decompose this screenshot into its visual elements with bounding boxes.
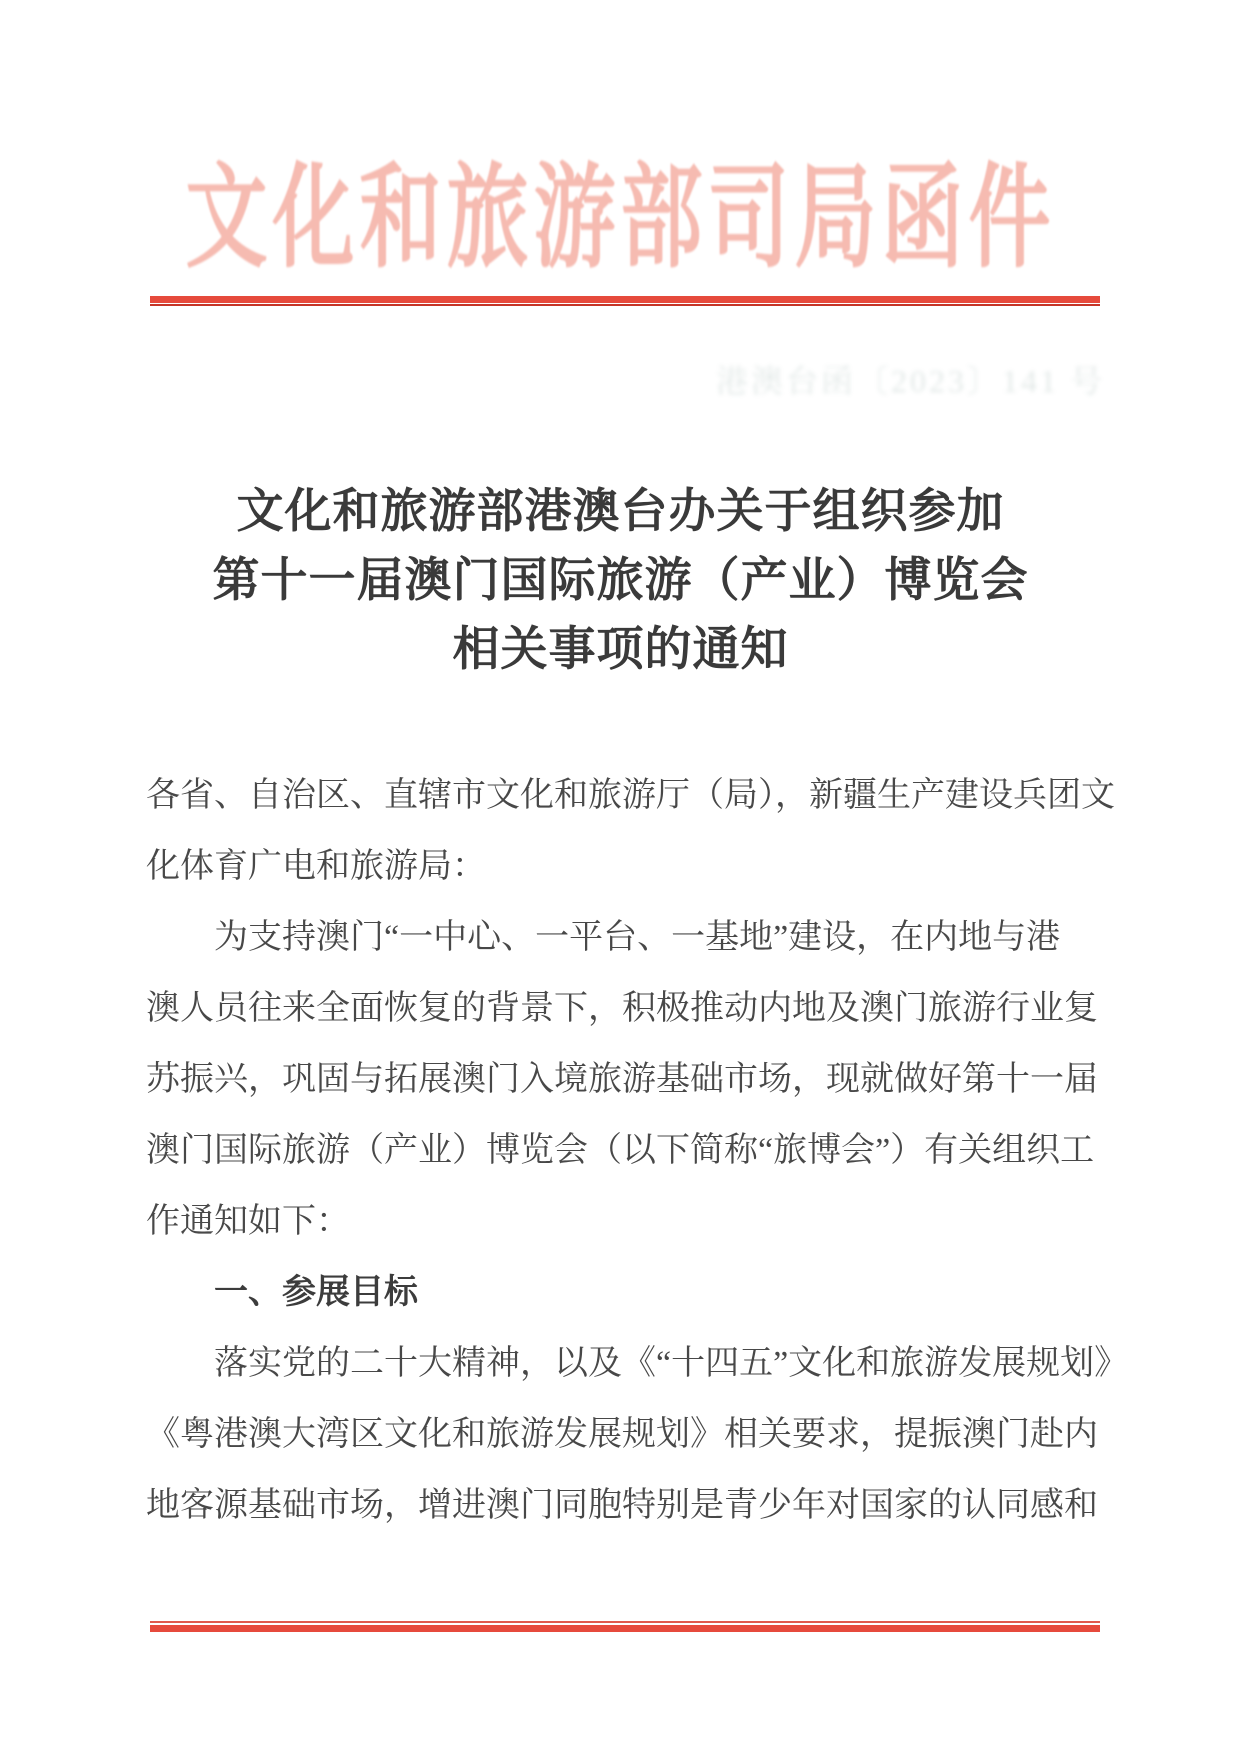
- divider-thick-stripe: [150, 296, 1100, 303]
- body-line: 澳人员往来全面恢复的背景下，积极推动内地及澳门旅游行业复: [146, 973, 1100, 1044]
- divider-thin-stripe: [150, 304, 1100, 306]
- body-line: 各省、自治区、直辖市文化和旅游厅（局），新疆生产建设兵团文: [146, 760, 1100, 831]
- body-line: 落实党的二十大精神，以及《“十四五”文化和旅游发展规划》: [146, 1328, 1100, 1399]
- body-line: 为支持澳门“一中心、一平台、一基地”建设，在内地与港: [146, 902, 1100, 973]
- letterhead-divider-line: [150, 296, 1100, 306]
- section-heading: 一、参展目标: [146, 1257, 1100, 1328]
- document-title: 文化和旅游部港澳台办关于组织参加 第十一届澳门国际旅游（产业）博览会 相关事项的…: [0, 478, 1241, 685]
- body-line: 苏振兴，巩固与拓展澳门入境旅游基础市场，现就做好第十一届: [146, 1044, 1100, 1115]
- title-line-3: 相关事项的通知: [0, 616, 1241, 685]
- divider-thick-stripe: [150, 1625, 1100, 1632]
- footer-divider-line: [150, 1621, 1100, 1632]
- letterhead-title: 文化和旅游部司局函件: [0, 128, 1241, 289]
- document-body: 各省、自治区、直辖市文化和旅游厅（局），新疆生产建设兵团文 化体育广电和旅游局：…: [146, 760, 1100, 1541]
- body-line: 《粤港澳大湾区文化和旅游发展规划》相关要求，提振澳门赴内: [146, 1399, 1100, 1470]
- body-line: 作通知如下：: [146, 1186, 1100, 1257]
- title-line-2: 第十一届澳门国际旅游（产业）博览会: [0, 547, 1241, 616]
- body-line: 地客源基础市场，增进澳门同胞特别是青少年对国家的认同感和: [146, 1470, 1100, 1541]
- document-page: 文化和旅游部司局函件 港澳台函〔2023〕141 号 文化和旅游部港澳台办关于组…: [0, 0, 1241, 1755]
- body-line: 澳门国际旅游（产业）博览会（以下简称“旅博会”）有关组织工: [146, 1115, 1100, 1186]
- body-line: 化体育广电和旅游局：: [146, 831, 1100, 902]
- document-number: 港澳台函〔2023〕141 号: [716, 356, 1076, 402]
- title-line-1: 文化和旅游部港澳台办关于组织参加: [0, 478, 1241, 547]
